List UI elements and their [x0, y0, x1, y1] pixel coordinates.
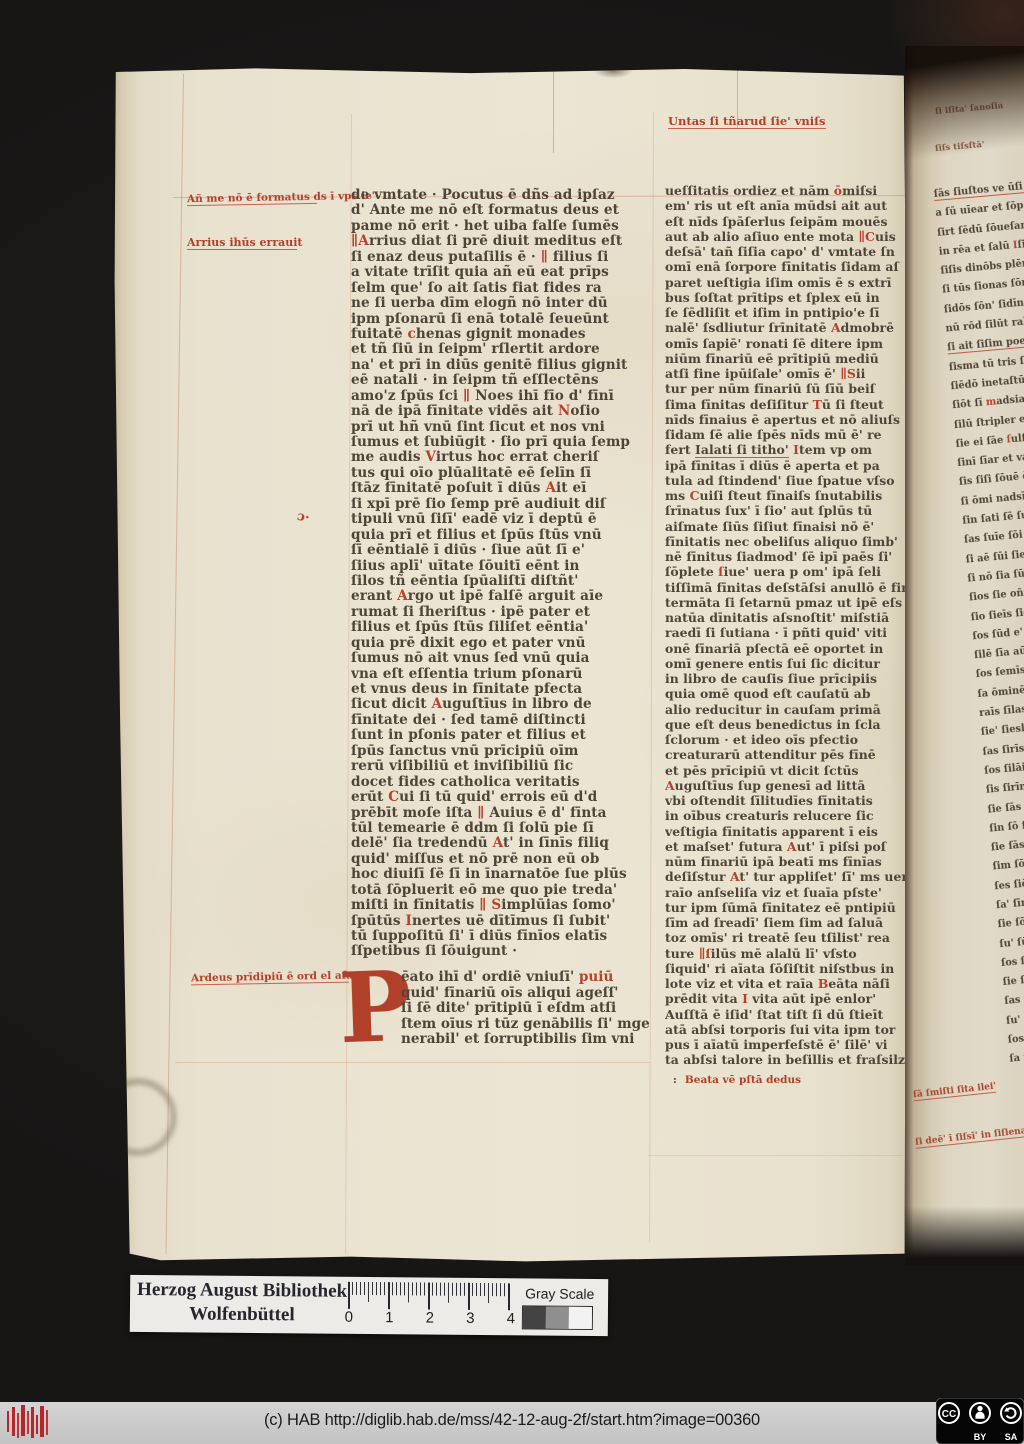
photo-background: Untas ſi tñarud ſie' vniſs Añ me nō ē fo…	[0, 0, 1024, 1402]
red-registration-mark	[7, 1405, 51, 1439]
text-line: tūl temearie ē ddm ſi ſolū pie ſī	[351, 820, 649, 835]
text-line: 0	[339, 1309, 359, 1326]
text-line: 3	[460, 1310, 480, 1327]
text-line: ſiquid' ri aīata ſōſiſtit niſstbus in	[665, 961, 908, 976]
text-line: nē fīnitus ſiadmod' ſē ipī paēs ſi'	[665, 549, 908, 564]
text-line: nerabil' et ſorruptibilis ſim vni	[401, 1031, 651, 1047]
text-line: tū ſuppoſitū ſi' ī diūs fīnīos elatīs	[351, 928, 649, 943]
text-line: tur ipm ſūmā fīnitatez eē pntipiū	[665, 900, 908, 915]
text-line: quid' fīnariū oīs aliqui ageſſ'	[401, 985, 651, 1001]
page-clamp-shadow	[99, 1078, 177, 1156]
text-line: lote viz et vita et raīa Beāta nāſi	[665, 976, 908, 991]
text-line: ſima fīnitas deſiſitur Tū ſi ſteut	[665, 397, 908, 412]
text-line: erūt Cui ſi tū quid' errois eū d'd	[351, 789, 649, 804]
text-line: ∥Arrius diat ſi prē diuit meditus eſt	[351, 233, 649, 248]
text-line: pus ī aīatū imperfeſstē ē' ſilē' vi	[665, 1037, 908, 1052]
text-line: et maſset' futura Aut' ī piſsi poſ	[665, 839, 908, 854]
text-line: de vmtate · Pocutus ē dñs ad ipſaz	[351, 187, 649, 202]
text-line: ſilos tñ eēntia ſpūaliſtī diſtñt'	[351, 573, 649, 588]
text-column-1: de vmtate · Pocutus ē dñs ad ipſazd' Ant…	[351, 187, 649, 959]
text-line: ſicut dicit Auguſtīus in libro de	[351, 696, 649, 711]
flyleaf-bottom-rubric-1: ſā ſmiſti ſita ilei'	[913, 1082, 997, 1102]
flyleaf-bottom-rubric-2: ſi deē' ī ſiſsī' in ſiſiena	[915, 1126, 1024, 1149]
ruler-major-ticks	[348, 1282, 512, 1310]
text-line: ſōplete ſiue' uera p om' ipā ſeli	[665, 564, 908, 579]
cc-sa-label: SA	[1005, 1432, 1018, 1442]
end-rubric-text: Beata vē pſtā dedus	[685, 1074, 801, 1086]
library-name-line1: Herzog August Bibliothek	[136, 1278, 348, 1304]
text-line: ſpūtūs Inertes uē dītīmus ſi ſubit'	[351, 913, 649, 928]
running-header-rubric: Untas ſi tñarud ſie' vniſs	[668, 114, 826, 129]
text-line: natūa dīnitatis aſsnoſtit' miſstiā	[665, 610, 908, 625]
text-line: termāta ſi ſetarnū pmaz ut ipē eſs	[665, 595, 908, 610]
end-rubric-colon: :	[673, 1074, 677, 1086]
text-line: que eſt deus benedictus in ſcla	[665, 717, 908, 732]
text-line: niūm fīnariū eē prītipiū mediū	[665, 351, 908, 366]
margin-note-2: Arrius ihūs errauit	[187, 236, 297, 250]
text-line: quia prī et filius et ſpūs ſtūs vnū	[351, 527, 649, 542]
grayscale-swatch-mid	[546, 1307, 569, 1329]
footer-strip: (c) HAB http://diglib.hab.de/mss/42-12-a…	[0, 1402, 1024, 1444]
text-line: aut ab alio aſiuo ente mota ∥Cuis	[665, 229, 908, 244]
text-line: alio reducitur in cauſam primā	[665, 702, 908, 717]
text-line: in libro de cauſis ſiue prīcipiis	[665, 671, 908, 686]
text-line: quia omē quod eſt cauſatū ab	[665, 686, 908, 701]
text-line: omī enā ſorpore fīnitatis ſidam aſ	[665, 259, 908, 274]
text-line: tur per nūm fīnariū ſū ſīū beiſ	[665, 381, 908, 396]
leaf-bottom-shadow	[905, 1206, 1024, 1266]
text-line: ſtem oīus ri tūz genābilis ſi' mge	[401, 1016, 651, 1032]
text-line: rerū viſibiliū et inviſibiliū ſic	[351, 758, 649, 773]
book-corner-shadow	[905, 46, 1024, 176]
text-line: ſelm que' ſo ait ſatis fiat fides ra	[351, 280, 649, 295]
text-line: Auguſtīus ſup genesī ad littā	[665, 778, 908, 793]
text-line: eſt nīds ſpāſerlus ſeipām mouēs	[665, 214, 908, 229]
text-line: ſi enaz deus putaſilis ē · ∥ filius ſi	[351, 249, 649, 264]
text-line: filius et ſpūs ſtūs ſiliſet eēntia'	[351, 619, 649, 634]
text-line: ture ∥ſilūs mē alalū lī' vſsto	[665, 946, 908, 961]
text-line: nalē' ſsdliutur ſrīnitatē Admobrē	[665, 320, 908, 335]
text-line: tipuli vnū ſiſī' eadē viz ī deptū ē	[351, 511, 649, 526]
text-line: nā de ipā fīnitate vidēs ait Noſio	[351, 403, 649, 418]
text-line: ſe ſēdliſit et iſim in pntipio'e ſī	[665, 305, 908, 320]
flyleaf-text-column: ſās ſiuſtos ve ūſi ſid ſēa ſū uīear et ſ…	[933, 180, 1024, 1073]
text-line: amo'z ſpūs ſci ∥ Noes ihī fīo d' fīnī	[351, 388, 649, 403]
text-line: toz omīs' ri treatē ſeu tſilist' rea	[665, 930, 908, 945]
text-line: 4	[501, 1310, 521, 1327]
text-line: ſclorum · et ideo oīs pfectio	[665, 732, 908, 747]
text-line: na' et prī in diūs genitē filius gignit	[351, 357, 649, 372]
text-line: ſumus et ſubiūgit · ſio prī quia ſemp	[351, 434, 649, 449]
grayscale-swatches	[522, 1305, 593, 1330]
text-line: ſumus nō ait vnus ſed vnū quia	[351, 650, 649, 665]
grayscale-swatch-light	[569, 1307, 592, 1329]
grayscale-swatch-dark	[523, 1306, 546, 1328]
text-line: ſidam ſē alie ſpēs nīds mū ē' re	[665, 427, 908, 442]
text-line: Auſſtā ē iſid' ſtat tiſt ſi dū ſtieīt	[665, 1007, 908, 1022]
ruling-line-lower-right	[648, 1155, 903, 1156]
text-line: omīs ſapiē' ronati ſē ditere ipm	[665, 336, 908, 351]
copyright-line: (c) HAB http://diglib.hab.de/mss/42-12-a…	[0, 1411, 1024, 1430]
text-line: ſī eēntialē ī diūs · ſiue aūt ſī e'	[351, 542, 649, 557]
ruling-line-vertical-col2	[649, 112, 654, 1242]
text-line: in oībus creaturis relucere ſic	[665, 808, 908, 823]
text-line: ſpūs ſanctus vnū prīcipiū oīm	[351, 743, 649, 758]
text-line: veſtigia fīnitatis apparent ī eis	[665, 824, 908, 839]
text-line: deſiſstur At' tur appliſet' ſī' ms ueri	[665, 869, 908, 884]
text-line: et pēs prīcipiū vt dicit ſctūs	[665, 763, 908, 778]
text-line: prēbīt moſe iſta ∥ Auius ē d' fīnta	[351, 805, 649, 820]
text-line: quid' miſſus et nō prē non eū ob	[351, 851, 649, 866]
text-line: ms Cuiſi ſteut fīnaiſs ſnutabilis	[665, 488, 908, 503]
text-line: deſsā' tañ ſiſia capo' d' vmtate ſn	[665, 244, 908, 259]
text-line: raedī ſi ſutiana · ī pñti quid' viti	[665, 625, 908, 640]
text-column-2: ueſſitatis ordiez et nām ōmiſsiem' ris u…	[665, 183, 908, 1068]
text-line: 2	[420, 1309, 440, 1326]
text-line: ſi ſē dite' prītipiū ī eſdm atſi	[401, 1000, 651, 1016]
text-line: rumat ſi ſheriſtus · ipē pater et	[351, 604, 649, 619]
text-line: ſiius aplī' uītate ſōuitī eēnt in	[351, 558, 649, 573]
text-line: eē natali · in ſeipm tñ eſſlectēns	[351, 372, 649, 387]
text-line: tula ad ſtindend' ſiue ſpatue vſso	[665, 473, 908, 488]
text-line: pame nō erit · het uiba falſe ſumēs	[351, 218, 649, 233]
text-line: prēdit vita I vita aūt ipē enlor'	[665, 991, 908, 1006]
cc-by-label: BY	[974, 1432, 987, 1442]
margin-note-3: Ardeus prīdipiū ē ord el aſa	[191, 970, 349, 986]
column2-end-rubric: :Beata vē pſtā dedus	[673, 1074, 801, 1086]
digitized-manuscript-scan: { "scan": { "header_rubric": "Untas ſi t…	[0, 0, 1024, 1444]
manuscript-page: Untas ſi tñarud ſie' vniſs Añ me nō ē fo…	[113, 66, 907, 1262]
text-line: raīo anſseliſa viz et ſuaīa pſste'	[665, 885, 908, 900]
text-line: tiſſimā fīnitas deſstāſsi anullō ē fine	[665, 580, 908, 595]
text-line: paret ueſtigia iſim omīs ē s extrī	[665, 275, 908, 290]
text-line: ſrīnatus ſux' ī ſio' aut ſplūs tū	[665, 503, 908, 518]
text-line: prī ut hñ vnū ſint ſicut et nos vni	[351, 419, 649, 434]
text-line: ipm pſonarū ſi enā totalē ſeueūnt	[351, 311, 649, 326]
text-line: fīnitate dei · ſed tamē diſtincti	[351, 712, 649, 727]
text-line: atſi fine ipūiſale' omīs ē' ∥Sii	[665, 366, 908, 381]
facing-leaf-edge: ſi iſita' ſanoſia ſiſs tiſsſtā' ſās ſiuſ…	[905, 46, 1024, 1266]
text-line: quia prē dixit ego et pater vnū	[351, 635, 649, 650]
text-line: a vitate trīſit quia añ eū eat prīps	[351, 264, 649, 279]
text-line: d' Ante me nō eſt formatus deus et	[351, 202, 649, 217]
text-line: ēato ihī d' ordiē vniuſī' puiū	[401, 969, 651, 985]
text-line: fert Ialati ſi titho' Item vp om	[665, 442, 908, 457]
text-line: creaturarū attenditur pēs fīnē	[665, 747, 908, 762]
text-line: aiſmate ſiūs ſiſiut fīnaisi nō ē'	[665, 519, 908, 534]
text-line: onē fīnariā pſectā eē oportet in	[665, 641, 908, 656]
reference-ruler-bar: Herzog August Bibliothek Wolfenbüttel 01…	[130, 1275, 608, 1336]
cc-by-sa-badge: CC BY SA	[936, 1398, 1024, 1444]
ruler-numbers: 01234	[339, 1309, 521, 1328]
text-line: nīds fīnaius ē apertus et nō aliuſs	[665, 412, 908, 427]
text-line: ueſſitatis ordiez et nām ōmiſsi	[665, 183, 908, 198]
ruling-line-vertical-margin	[165, 74, 184, 1254]
text-line: ta abſsi talore in beſillis et fraſsilz'	[665, 1052, 908, 1067]
margin-note-1: Añ me nō ē formatus ds ī vps ie'	[187, 191, 317, 206]
text-line: erant Argo ut ipē falſē arguit aīe	[351, 588, 649, 603]
cc-logo-text: CC	[942, 1409, 956, 1420]
text-line: nūm fīnariū ipā beatī ms fīnīas	[665, 854, 908, 869]
text-line: fuitatē chenas gignit monades	[351, 326, 649, 341]
text-line: em' ris ut eſt anīa mūdsi ait aut	[665, 198, 908, 213]
text-line: hoc diuiſī ſē ſī in īnarnatōe ſue plūs	[351, 866, 649, 881]
grayscale-label: Gray Scale	[525, 1285, 594, 1302]
text-line: bus ſoſtat prītips et ſplex eū in	[665, 290, 908, 305]
text-line: me audis Virtus hoc errat cheriſ	[351, 449, 649, 464]
text-line: omī genere entis ſui ſic dicitur	[665, 656, 908, 671]
text-line: delē' ſia tredendū At' in ſīnīs filiq	[351, 835, 649, 850]
text-line: vna eſt eſſentia trium pſonarū	[351, 666, 649, 681]
text-line: ipā fīnitas ī diūs ē aperta et pa	[665, 458, 908, 473]
text-line: vbi oſtendit ſīlitudīes fīnitatis	[665, 793, 908, 808]
text-line: miſti in fīnitatis ∥ Simplūias ſomo'	[351, 897, 649, 912]
text-line: totā ſōpluerit eō me quo pie treda'	[351, 882, 649, 897]
text-line: ſīm ad ſreadī' ſiem ſim ad ſaluā	[665, 915, 908, 930]
text-line: ſi xpī prē ſio ſemp prē audiuit diſ	[351, 496, 649, 511]
text-line: et vnus deus in fīnitate pfecta	[351, 681, 649, 696]
library-name-line2: Wolfenbüttel	[136, 1302, 348, 1328]
text-line: ne ſi uerba dīm elogñ nō inter dū	[351, 295, 649, 310]
text-line: et tñ ſiū in ſeipm' rſlertit ardore	[351, 341, 649, 356]
text-line: fīnitatis nec obeliſus aliquo ſimb'	[665, 534, 908, 549]
text-column-1-section: ēato ihī d' ordiē vniuſī' puiūquid' fīna…	[401, 969, 651, 1047]
text-line: tus qui oīo plūalitatē eē ſelīn ſī	[351, 465, 649, 480]
text-line: ſtāz fīnitatē poſuit ī diūs Ait eī	[351, 480, 649, 495]
gutter-correction-mark: ɔ·	[296, 509, 311, 526]
text-line: 1	[379, 1309, 399, 1326]
text-line: docet fides catholica veritatis	[351, 774, 649, 789]
page-gutter-seam	[905, 46, 913, 1266]
text-line: atā abſsi torporis ſui vita ipm tor	[665, 1022, 908, 1037]
library-label: Herzog August Bibliothek Wolfenbüttel	[136, 1278, 348, 1328]
text-line: ſunt in pſonis pater et filius et	[351, 727, 649, 742]
parchment-crease	[553, 68, 554, 153]
